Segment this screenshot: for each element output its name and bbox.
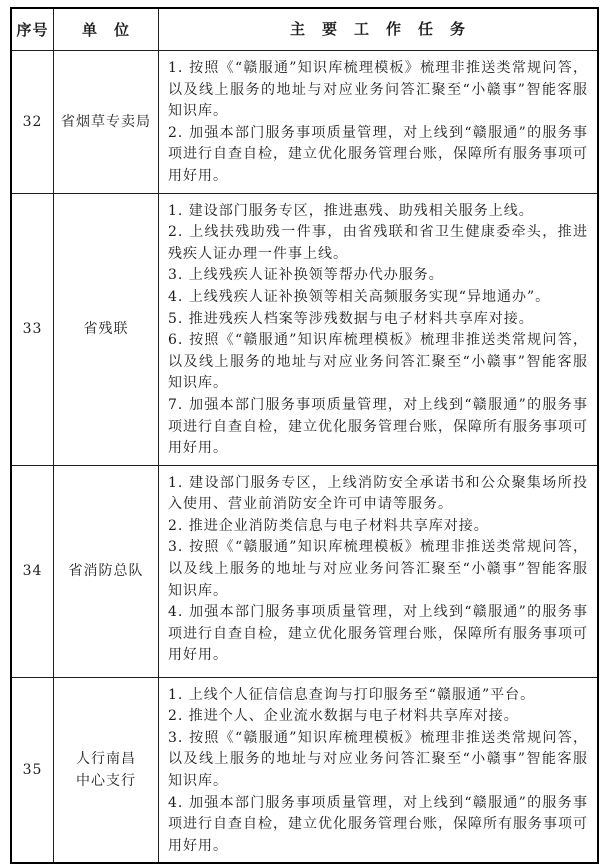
task-item: 3. 按照《“赣服通”知识库梳理模板》梳理非推送类常规问答，以及线上服务的地址与… <box>168 728 588 793</box>
row-number: 34 <box>12 466 54 677</box>
task-item: 2. 加强本部门服务事项质量管理，对上线到“赣服通”的服务事项进行自查自检，建立… <box>168 123 588 188</box>
table-body: 32 省烟草专卖局 1. 按照《“赣服通”知识库梳理模板》梳理非推送类常规问答，… <box>12 50 597 862</box>
task-list: 1. 建设部门服务专区，上线消防安全承诺书和公众聚集场所投入使用、营业前消防安全… <box>159 466 597 677</box>
header-serial-number: 序号 <box>12 9 54 50</box>
unit-name: 省消防总队 <box>54 466 159 677</box>
task-item: 1. 建设部门服务专区，推进惠残、助残相关服务上线。 <box>168 201 588 223</box>
task-item: 4. 加强本部门服务事项质量管理，对上线到“赣服通”的服务事项进行自查自检，建立… <box>168 602 588 667</box>
table-row: 34 省消防总队 1. 建设部门服务专区，上线消防安全承诺书和公众聚集场所投入使… <box>12 465 597 677</box>
task-list: 1. 按照《“赣服通”知识库梳理模板》梳理非推送类常规问答，以及线上服务的地址与… <box>159 51 597 193</box>
task-item: 1. 上线个人征信信息查询与打印服务至“赣服通”平台。 <box>168 685 588 707</box>
task-item: 6. 按照《“赣服通”知识库梳理模板》梳理非推送类常规问答，以及线上服务的地址与… <box>168 330 588 395</box>
task-item: 1. 建设部门服务专区，上线消防安全承诺书和公众聚集场所投入使用、营业前消防安全… <box>168 473 588 516</box>
task-item: 2. 推进个人、企业流水数据与电子材料共享库对接。 <box>168 706 588 728</box>
header-unit: 单 位 <box>54 9 159 50</box>
task-item: 4. 上线残疾人证补换领等相关高频服务实现“异地通办”。 <box>168 287 588 309</box>
header-main-tasks: 主 要 工 作 任 务 <box>159 9 597 50</box>
work-task-table: 序号 单 位 主 要 工 作 任 务 32 省烟草专卖局 1. 按照《“赣服通”… <box>10 7 599 864</box>
task-item: 5. 推进残疾人档案等涉残数据与电子材料共享库对接。 <box>168 309 588 331</box>
task-item: 7. 加强本部门服务事项质量管理，对上线到“赣服通”的服务事项进行自查自检，建立… <box>168 395 588 460</box>
task-item: 2. 上线扶残助残一件事，由省残联和省卫生健康委牵头，推进残疾人证办理一件事上线… <box>168 222 588 265</box>
unit-name: 省残联 <box>54 194 159 465</box>
row-number: 35 <box>12 678 54 863</box>
table-header-row: 序号 单 位 主 要 工 作 任 务 <box>12 9 597 50</box>
task-list: 1. 上线个人征信信息查询与打印服务至“赣服通”平台。2. 推进个人、企业流水数… <box>159 678 597 863</box>
row-number: 32 <box>12 51 54 193</box>
task-item: 3. 上线残疾人证补换领等帮办代办服务。 <box>168 265 588 287</box>
table-row: 35 人行南昌 中心支行 1. 上线个人征信信息查询与打印服务至“赣服通”平台。… <box>12 677 597 863</box>
table-row: 33 省残联 1. 建设部门服务专区，推进惠残、助残相关服务上线。2. 上线扶残… <box>12 193 597 465</box>
table-row: 32 省烟草专卖局 1. 按照《“赣服通”知识库梳理模板》梳理非推送类常规问答，… <box>12 50 597 193</box>
task-item: 1. 按照《“赣服通”知识库梳理模板》梳理非推送类常规问答，以及线上服务的地址与… <box>168 58 588 123</box>
task-list: 1. 建设部门服务专区，推进惠残、助残相关服务上线。2. 上线扶残助残一件事，由… <box>159 194 597 465</box>
task-item: 2. 推进企业消防类信息与电子材料共享库对接。 <box>168 516 588 538</box>
row-number: 33 <box>12 194 54 465</box>
unit-name: 省烟草专卖局 <box>54 51 159 193</box>
document-page: 序号 单 位 主 要 工 作 任 务 32 省烟草专卖局 1. 按照《“赣服通”… <box>0 0 610 868</box>
unit-name: 人行南昌 中心支行 <box>54 678 159 863</box>
task-item: 3. 按照《“赣服通”知识库梳理模板》梳理非推送类常规问答，以及线上服务的地址与… <box>168 537 588 602</box>
task-item: 4. 加强本部门服务事项质量管理，对上线到“赣服通”的服务事项进行自查自检，建立… <box>168 793 588 858</box>
